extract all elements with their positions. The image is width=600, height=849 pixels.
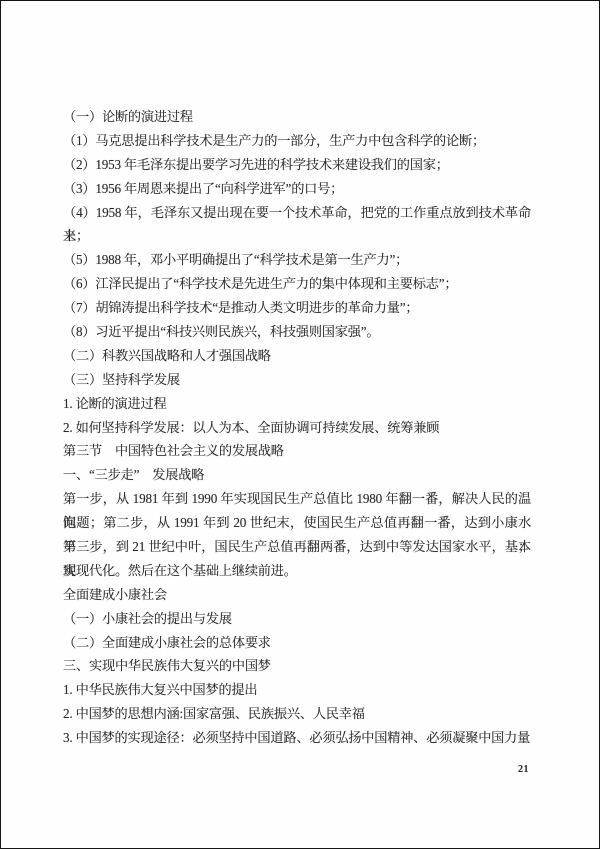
text-line: 第三步，到 21 世纪中叶，国民生产总值再翻两番，达到中等发达国家水平，基本实 [63,535,531,559]
text-line: （8）习近平提出“科技兴则民族兴，科技强则国家强”。 [63,320,531,344]
text-line: （三）坚持科学发展 [63,368,531,392]
text-line: （1）马克思提出科学技术是生产力的一部分，生产力中包含科学的论断； [63,129,531,153]
text-line: 全面建成小康社会 [63,583,531,607]
text-line: 一、“三步走” 发展战略 [63,463,531,487]
text-line: 现现代化。然后在这个基础上继续前进。 [63,559,531,583]
text-line: 问题；第二步，从 1991 年到 20 世纪末，使国民生产总值再翻一番，达到小康… [63,511,531,535]
text-line: 2. 中国梦的思想内涵:国家富强、民族振兴、人民幸福 [63,702,531,726]
text-line: 3. 中国梦的实现途径：必须坚持中国道路、必须弘扬中国精神、必须凝聚中国力量 [63,726,531,750]
text-line: （2）1953 年毛泽东提出要学习先进的科学技术来建设我们的国家； [63,153,531,177]
text-line: （5）1988 年，邓小平明确提出了“科学技术是第一生产力”； [63,248,531,272]
text-line: （6）江泽民提出了“科学技术是先进生产力的集中体现和主要标志”； [63,272,531,296]
text-line: （3）1956 年周恩来提出了“向科学进军”的口号； [63,177,531,201]
text-line: （二）科教兴国战略和人才强国战略 [63,344,531,368]
text-line: （7）胡锦涛提出科学技术“是推动人类文明进步的革命力量”； [63,296,531,320]
text-line: （一）小康社会的提出与发展 [63,607,531,631]
text-line: 三、实现中华民族伟大复兴的中国梦 [63,654,531,678]
text-line: （一）论断的演进过程 [63,105,531,129]
document-body: （一）论断的演进过程（1）马克思提出科学技术是生产力的一部分，生产力中包含科学的… [63,105,531,750]
text-line: 第三节 中国特色社会主义的发展战略 [63,439,531,463]
text-line: 1. 论断的演进过程 [63,392,531,416]
document-page: （一）论断的演进过程（1）马克思提出科学技术是生产力的一部分，生产力中包含科学的… [0,0,600,849]
text-line: （4）1958 年，毛泽东又提出现在要一个技术革命，把党的工作重点放到技术革命上 [63,201,531,225]
text-line: 第一步，从 1981 年到 1990 年实现国民生产总值比 1980 年翻一番，… [63,487,531,511]
text-line: 2. 如何坚持科学发展：以人为本、全面协调可持续发展、统筹兼顾 [63,416,531,440]
text-line: 来； [63,224,531,248]
text-line: 1. 中华民族伟大复兴中国梦的提出 [63,678,531,702]
text-line: （二）全面建成小康社会的总体要求 [63,631,531,655]
page-number: 21 [63,764,529,775]
